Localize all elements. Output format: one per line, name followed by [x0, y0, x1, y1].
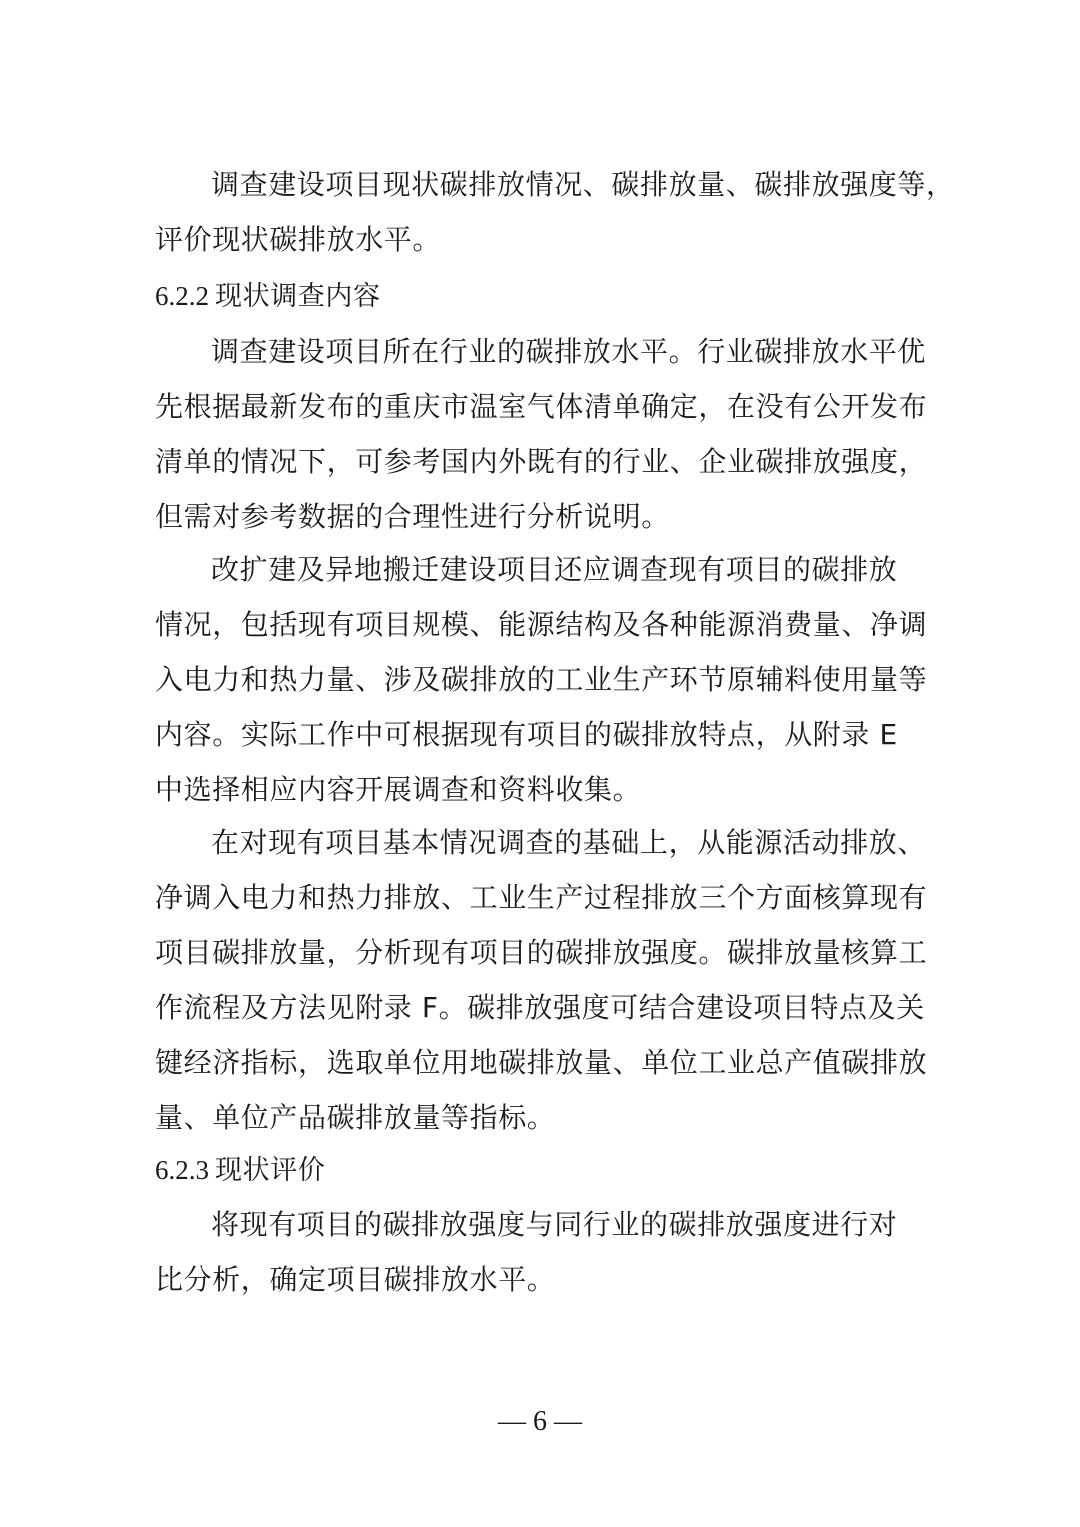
- paragraph-4-line-2: 净调入电力和热力排放、工业生产过程排放三个方面核算现有: [155, 878, 927, 918]
- paragraph-3-line-1: 改扩建及异地搬迁建设项目还应调查现有项目的碳排放: [211, 550, 897, 590]
- paragraph-4-line-5: 键经济指标，选取单位用地碳排放量、单位工业总产值碳排放: [155, 1043, 927, 1083]
- paragraph-4-line-6: 量、单位产品碳排放量等指标。: [155, 1098, 555, 1138]
- paragraph-2-line-4: 但需对参考数据的合理性进行分析说明。: [155, 497, 670, 537]
- paragraph-1-line-2: 评价现状碳排放水平。: [155, 220, 441, 260]
- paragraph-2-line-1: 调查建设项目所在行业的碳排放水平。行业碳排放水平优: [211, 332, 926, 372]
- paragraph-5-line-1: 将现有项目的碳排放强度与同行业的碳排放强度进行对: [211, 1205, 897, 1245]
- section-title: 现状调查内容: [215, 281, 381, 312]
- paragraph-2-line-2: 先根据最新发布的重庆市温室气体清单确定，在没有公开发布: [155, 387, 927, 427]
- section-heading-6-2-2: 6.2.2现状调查内容: [155, 276, 381, 316]
- section-number: 6.2.2: [155, 281, 209, 311]
- paragraph-4-line-3: 项目碳排放量，分析现有项目的碳排放强度。碳排放量核算工: [155, 933, 927, 973]
- paragraph-4-line-4: 作流程及方法见附录 F。碳排放强度可结合建设项目特点及关: [155, 988, 925, 1028]
- paragraph-3-line-5: 中选择相应内容开展调查和资料收集。: [155, 770, 641, 810]
- section-number: 6.2.3: [155, 1155, 209, 1185]
- paragraph-1-line-1: 调查建设项目现状碳排放情况、碳排放量、碳排放强度等，: [211, 165, 955, 205]
- section-heading-6-2-3: 6.2.3现状评价: [155, 1150, 325, 1190]
- paragraph-3-line-3: 入电力和热力量、涉及碳排放的工业生产环节原辅料使用量等: [155, 660, 927, 700]
- section-title: 现状评价: [215, 1155, 325, 1186]
- page-number: — 6 —: [0, 1402, 1080, 1442]
- paragraph-5-line-2: 比分析，确定项目碳排放水平。: [155, 1260, 555, 1300]
- paragraph-4-line-1: 在对现有项目基本情况调查的基础上，从能源活动排放、: [211, 823, 926, 863]
- paragraph-3-line-4: 内容。实际工作中可根据现有项目的碳排放特点，从附录 E: [155, 715, 898, 755]
- paragraph-2-line-3: 清单的情况下，可参考国内外既有的行业、企业碳排放强度，: [155, 442, 927, 482]
- paragraph-3-line-2: 情况，包括现有项目规模、能源结构及各种能源消费量、净调: [155, 605, 927, 645]
